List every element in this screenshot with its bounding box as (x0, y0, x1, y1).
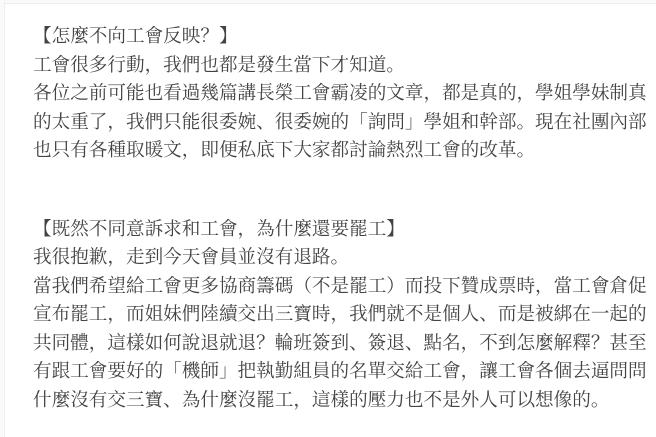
text-line: 宣布罷工，而姐妹們陸續交出三寶時，我們就不是個人、而是被綁在一起的 (33, 301, 648, 330)
text-line: 各位之前可能也看過幾篇講長榮工會霸凌的文章，都是真的，學姐學妹制真 (33, 80, 648, 109)
section-heading: 【怎麼不向工會反映？】 (33, 23, 648, 52)
section-paragraph: 我很抱歉，走到今天會員並沒有退路。當我們希望給工會更多協商籌碼（不是罷工）而投下… (33, 244, 648, 415)
text-line: 我很抱歉，走到今天會員並沒有退路。 (33, 244, 648, 273)
text-line: 當我們希望給工會更多協商籌碼（不是罷工）而投下贊成票時，當工會倉促 (33, 273, 648, 302)
text-line: 什麼沒有交三寶、為什麼沒罷工，這樣的壓力也不是外人可以想像的。 (33, 387, 648, 416)
text-line: 共同體，這樣如何說退就退？輪班簽到、簽退、點名，不到怎麼解釋？甚至 (33, 330, 648, 359)
section-heading: 【既然不同意訴求和工會，為什麼還要罷工】 (33, 216, 648, 245)
text-line: 的太重了，我們只能很委婉、很委婉的「詢問」學姐和幹部。現在社團內部 (33, 109, 648, 138)
text-line: 工會很多行動，我們也都是發生當下才知道。 (33, 52, 648, 81)
article-body: 【怎麼不向工會反映？】 工會很多行動，我們也都是發生當下才知道。各位之前可能也看… (0, 0, 656, 415)
article-page: 【怎麼不向工會反映？】 工會很多行動，我們也都是發生當下才知道。各位之前可能也看… (0, 0, 656, 437)
article-section-why-strike: 【既然不同意訴求和工會，為什麼還要罷工】 我很抱歉，走到今天會員並沒有退路。當我… (33, 216, 648, 416)
text-line: 有跟工會要好的「機師」把執勤組員的名單交給工會，讓工會各個去逼問問 (33, 358, 648, 387)
article-section-union-feedback: 【怎麼不向工會反映？】 工會很多行動，我們也都是發生當下才知道。各位之前可能也看… (33, 23, 648, 166)
section-paragraph: 工會很多行動，我們也都是發生當下才知道。各位之前可能也看過幾篇講長榮工會霸凌的文… (33, 52, 648, 166)
text-line: 也只有各種取暖文，即便私底下大家都討論熱烈工會的改革。 (33, 137, 648, 166)
